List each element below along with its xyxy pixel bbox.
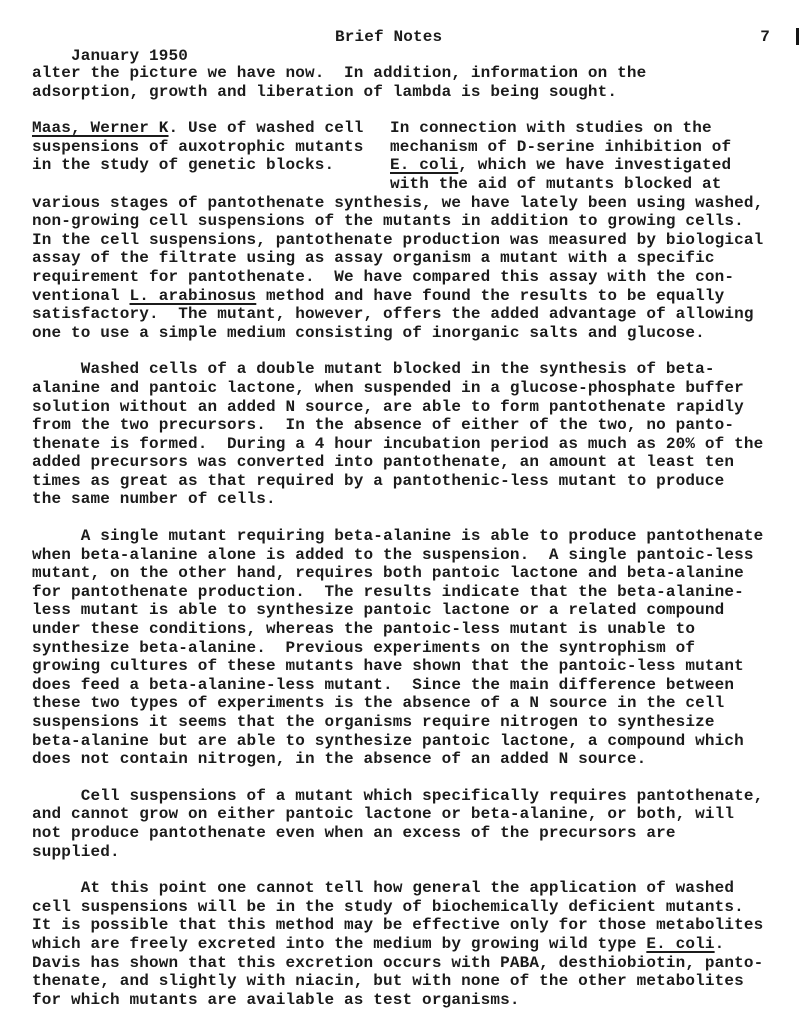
entry-citation: Maas, Werner K. Use of washed cell suspe… [32, 119, 390, 193]
intro-paragraph: alter the picture we have now. In additi… [32, 64, 770, 101]
body-paragraph-1: various stages of pantothenate synthesis… [32, 194, 770, 343]
page-header: January 1950 Brief Notes 7 [32, 28, 770, 47]
page-title: Brief Notes [335, 28, 442, 47]
page-number: 7 [760, 28, 770, 47]
header-date: January 1950 [71, 47, 188, 65]
entry-row: Maas, Werner K. Use of washed cell suspe… [32, 119, 770, 193]
body-paragraph-5: At this point one cannot tell how genera… [32, 879, 770, 1009]
body-paragraph-2: Washed cells of a double mutant blocked … [32, 360, 770, 509]
page-edge-mark [796, 28, 799, 45]
body-paragraph-4: Cell suspensions of a mutant which speci… [32, 787, 770, 861]
body-paragraph-3: A single mutant requiring beta-alanine i… [32, 527, 770, 769]
document-page: January 1950 Brief Notes 7 alter the pic… [0, 0, 800, 1026]
entry-body-start: In connection with studies on the mechan… [390, 119, 770, 193]
